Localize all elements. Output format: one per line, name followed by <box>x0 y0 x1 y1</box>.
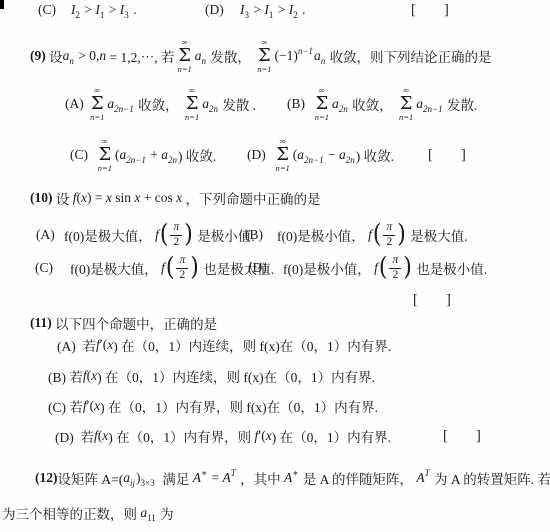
text-run: (C) <box>38 2 56 18</box>
text-run: ) 在（0，1）内有界，则 f(x)在（0，1）内有界. <box>100 396 378 416</box>
answer-bracket: ] <box>461 147 466 164</box>
question-9-options-ab-chunk: (B) ∞Σn=1a2n 收敛， ∞Σn=1a2n−1 发散. <box>287 87 477 121</box>
math-variable: a <box>161 147 168 163</box>
question-number: (11) <box>30 315 55 331</box>
sigma-sum-symbol: ∞Σn=1 <box>178 38 192 74</box>
sum-lower-limit: n=1 <box>185 113 199 122</box>
question-11-option-b-chunk: (B) 若f(x) 在（0，1）内连续，则 f(x)在（0，1）内有界. <box>48 367 375 385</box>
sigma-icon: Σ <box>400 95 413 112</box>
math-variable: a <box>195 48 202 64</box>
math-variable: n <box>99 48 106 64</box>
fraction: π2 <box>389 255 401 281</box>
left-paren: ( <box>166 255 175 280</box>
prev-question-options-cd: (C)I2 > I1 > I3 .(D)I3 > I1 > I2 .[] <box>0 2 550 18</box>
subscript: 11 <box>147 513 156 523</box>
text-run: f(0)是极大值， <box>64 225 155 245</box>
fraction-numerator: π <box>176 255 188 268</box>
text-run: = <box>208 470 222 486</box>
text-run: ) 在（0，1）内连续，则 f(x)在（0，1）内有界. <box>97 366 375 386</box>
math-variable: A <box>222 470 230 486</box>
left-paren: ( <box>160 222 169 247</box>
question-11-option-d-chunk: [ <box>443 427 448 445</box>
right-paren: ) <box>397 222 406 247</box>
text-run: f(0)是极大值， <box>70 258 161 278</box>
text-run: f(0)是极小值， <box>277 225 368 245</box>
prev-question-options-cd-chunk: I3 > I1 > I2 . <box>240 2 306 18</box>
text-run: (C) <box>35 260 53 276</box>
question-9-options-ab-chunk: (A) ∞Σn=1a2n−1 收敛， ∞Σn=1a2n 发散 . <box>65 87 256 121</box>
text-run: 是极大值. <box>407 225 468 245</box>
sigma-icon: Σ <box>276 146 289 163</box>
text-run: ) 在（0，1）内有界. <box>272 426 391 446</box>
text-run: + cos <box>140 190 176 206</box>
sum-lower-limit: n=1 <box>399 113 413 122</box>
math-variable: a <box>339 147 346 163</box>
math-variable: a <box>416 96 423 112</box>
text-run: (D) <box>248 260 267 276</box>
exam-document-page: (C)I2 > I1 > I3 .(D)I3 > I1 > I2 .[](9) … <box>0 0 550 532</box>
text-run: ′( <box>87 398 94 414</box>
fraction-numerator: π <box>383 222 395 235</box>
question-number: (9) <box>30 48 49 64</box>
text-run: (−1) <box>275 48 298 64</box>
question-11-option-d: (D) 若f(x) 在（0，1）内有界，则 f′(x) 在（0，1）内有界.[] <box>0 427 550 445</box>
math-variable: A <box>284 470 292 486</box>
text-run: (B) 若 <box>48 366 83 386</box>
text-run: + <box>147 147 161 163</box>
question-9-stem-chunk: (9) 设an > 0,n = 1,2,⋯, 若∞Σn=1an 发散， ∞Σn=… <box>30 39 492 73</box>
text-run: (D) 若 <box>55 426 94 446</box>
sigma-icon: Σ <box>258 47 271 64</box>
sigma-sum-symbol: ∞Σn=1 <box>98 137 112 173</box>
answer-bracket: [ <box>428 147 433 164</box>
sigma-icon: Σ <box>178 47 191 64</box>
question-11-option-a: (A) 若f′(x) 在（0，1）内连续，则 f(x)在（0，1）内有界. <box>0 336 550 354</box>
sigma-sum-symbol: ∞Σn=1 <box>185 86 199 122</box>
text-run: ) 在（0，1）内有界，则 <box>108 426 254 446</box>
fraction-denominator: 2 <box>170 235 182 249</box>
text-run: (D) <box>247 147 273 163</box>
prev-question-options-cd-chunk: (C) <box>38 2 56 18</box>
fraction-numerator: π <box>389 255 401 268</box>
text-run: = 1,2,⋯, 若 <box>106 46 174 66</box>
superscript: ∗ <box>201 468 207 479</box>
answer-bracket: [ <box>413 292 418 309</box>
superscript: ∗ <box>292 468 298 479</box>
question-12-stem-line2: 为三个相等的正数，则 a11 为 <box>0 504 550 522</box>
math-variable: a <box>107 96 114 112</box>
sigma-sum-symbol: ∞Σn=1 <box>399 86 413 122</box>
text-run: 设矩阵 A=( <box>58 468 124 488</box>
sigma-icon: Σ <box>316 95 329 112</box>
text-run: 设 <box>49 46 63 66</box>
math-variable: f <box>374 260 378 276</box>
subscript: 2 <box>76 10 81 20</box>
subscript: n <box>69 56 74 66</box>
text-run: 为三个相等的正数，则 <box>2 503 140 523</box>
text-run: 发散， <box>207 46 254 66</box>
sum-lower-limit: n=1 <box>257 65 271 74</box>
subscript: 3 <box>245 10 250 20</box>
question-10-options-ab-chunk: f(0)是极大值， f(π2) 是极小值. <box>64 219 255 251</box>
question-9-options-cd-chunk: [ <box>428 138 433 172</box>
text-run: f(0)是极小值， <box>283 258 374 278</box>
prev-question-options-cd-chunk: [ <box>411 2 416 18</box>
math-variable: f <box>161 260 165 276</box>
subscript: 2n <box>346 155 355 165</box>
text-run: sin <box>112 190 135 206</box>
text-run: . <box>299 2 306 18</box>
sigma-sum-symbol: ∞Σn=1 <box>315 86 329 122</box>
sigma-icon: Σ <box>186 95 199 112</box>
fraction: π2 <box>176 255 188 281</box>
question-number: (12) <box>35 470 58 486</box>
subscript: 1 <box>269 10 274 20</box>
math-variable: a <box>120 147 127 163</box>
text-run: 是 A 的伴随矩阵， <box>299 468 416 488</box>
text-run: (B) <box>287 96 312 112</box>
question-10-answer-bracket-chunk: ] <box>446 293 451 307</box>
fraction-denominator: 2 <box>176 268 188 282</box>
question-11-stem-chunk: (11) 以下四个命题中，正确的是 <box>30 314 217 332</box>
superscript: n−1 <box>298 46 313 56</box>
text-run: 收敛，则下列结论正确的是 <box>326 46 491 66</box>
text-run: 以下四个命题中，正确的是 <box>55 313 217 333</box>
right-paren: ) <box>184 222 193 247</box>
question-9-stem: (9) 设an > 0,n = 1,2,⋯, 若∞Σn=1an 发散， ∞Σn=… <box>0 39 550 73</box>
text-run: 为 A 的转置矩阵. 若 <box>431 468 550 488</box>
superscript: T <box>231 468 236 478</box>
left-paren: ( <box>379 255 388 280</box>
text-run: ′( <box>258 428 265 444</box>
text-run: ) = <box>87 190 106 206</box>
text-run: 收敛， <box>349 94 396 114</box>
math-variable: A <box>416 470 424 486</box>
answer-bracket: ] <box>444 2 449 19</box>
question-12-stem-line1: (12)设矩阵 A=(aij)3×3 满足 A∗ = AT ，其中 A∗ 是 A… <box>0 467 550 489</box>
question-10-options-ab-chunk: (A) <box>36 219 55 251</box>
question-12-stem-line2-chunk: 为三个相等的正数，则 a11 为 <box>2 504 174 522</box>
question-11-stem: (11) 以下四个命题中，正确的是 <box>0 314 550 332</box>
text-run: (C) <box>70 147 95 163</box>
subscript: 2n−1 <box>304 155 324 165</box>
subscript: 2n <box>339 104 348 114</box>
right-paren: ) <box>190 255 199 280</box>
answer-bracket: [ <box>443 428 448 445</box>
question-10-answer-bracket-chunk: [ <box>413 293 418 307</box>
math-variable: a <box>332 96 339 112</box>
text-run: . <box>130 2 137 18</box>
text-run: > <box>274 2 288 18</box>
text-run: 也是极小值. <box>413 258 487 278</box>
question-9-options-cd: (C) ∞Σn=1(a2n−1 + a2n) 收敛.(D) ∞Σn=1(a2n−… <box>0 138 550 172</box>
text-run: ，下列命题中正确的是 <box>182 188 320 208</box>
text-run: > <box>105 2 119 18</box>
text-run: (A) 若 <box>57 335 96 355</box>
sigma-icon: Σ <box>99 146 112 163</box>
question-11-option-c: (C) 若f′(x) 在（0，1）内有界，则 f(x)在（0，1）内有界. <box>0 397 550 415</box>
question-10-options-cd-chunk: f(0)是极大值， f(π2) 也是极大值. <box>70 252 274 284</box>
subscript: 2n−1 <box>114 104 134 114</box>
prev-question-options-cd-chunk: (D) <box>205 2 224 18</box>
text-run: 收敛， <box>135 94 182 114</box>
left-paren: ( <box>373 222 382 247</box>
subscript: 2n <box>209 104 218 114</box>
sigma-sum-symbol: ∞Σn=1 <box>276 137 290 173</box>
question-11-option-b: (B) 若f(x) 在（0，1）内连续，则 f(x)在（0，1）内有界. <box>0 367 550 385</box>
math-variable: A <box>193 470 201 486</box>
question-10-options-cd-chunk: f(0)是极小值， f(π2) 也是极小值. <box>283 252 487 284</box>
right-paren: ) <box>403 255 412 280</box>
question-10-options-cd-chunk: (C) <box>35 252 53 284</box>
question-10-stem: (10) 设 f(x) = x sin x + cos x ，下列命题中正确的是 <box>0 189 550 207</box>
math-variable: f <box>368 227 372 243</box>
sigma-sum-symbol: ∞Σn=1 <box>257 38 271 74</box>
math-variable: a <box>140 505 147 521</box>
text-run: (A) <box>65 96 87 112</box>
text-run: (A) <box>36 227 55 243</box>
sum-lower-limit: n=1 <box>98 164 112 173</box>
answer-bracket: [ <box>411 2 416 19</box>
question-10-answer-bracket: [] <box>0 293 550 307</box>
subscript: n <box>321 56 326 66</box>
question-10-options-ab-chunk: f(0)是极小值， f(π2) 是极大值. <box>277 219 468 251</box>
question-11-option-a-chunk: (A) 若f′(x) 在（0，1）内连续，则 f(x)在（0，1）内有界. <box>57 336 391 354</box>
subscript: 3×3 <box>141 478 155 488</box>
question-11-option-d-chunk: ] <box>476 427 481 445</box>
text-run: (D) <box>205 2 224 18</box>
text-run: ) 收敛. <box>178 145 216 165</box>
math-variable: a <box>297 147 304 163</box>
question-11-option-d-chunk: (D) 若f(x) 在（0，1）内有界，则 f′(x) 在（0，1）内有界. <box>55 427 391 445</box>
question-9-options-cd-chunk: (D) ∞Σn=1(a2n−1 − a2n) 收敛. <box>247 138 394 172</box>
fraction-denominator: 2 <box>389 268 401 282</box>
sum-lower-limit: n=1 <box>315 113 329 122</box>
math-variable: a <box>63 48 70 64</box>
question-10-options-ab-chunk: (B) <box>245 219 263 251</box>
math-variable: f <box>155 227 159 243</box>
superscript: T <box>425 468 430 478</box>
text-run: − <box>325 147 339 163</box>
question-9-options-cd-chunk: (C) ∞Σn=1(a2n−1 + a2n) 收敛. <box>70 138 216 172</box>
question-number: (10) <box>30 190 56 206</box>
question-10-options-ab: (A)f(0)是极大值， f(π2) 是极小值.(B)f(0)是极小值， f(π… <box>0 219 550 251</box>
question-10-options-cd: (C)f(0)是极大值， f(π2) 也是极大值.(D)f(0)是极小值， f(… <box>0 252 550 284</box>
sum-lower-limit: n=1 <box>178 65 192 74</box>
text-run: (C) 若 <box>48 396 83 416</box>
subscript: 2 <box>293 10 298 20</box>
sigma-sum-symbol: ∞Σn=1 <box>90 86 104 122</box>
subscript: 2n <box>168 155 177 165</box>
math-variable: a <box>202 96 209 112</box>
text-run: ，其中 <box>237 468 284 488</box>
question-9-options-ab: (A) ∞Σn=1a2n−1 收敛， ∞Σn=1a2n 发散 .(B) ∞Σn=… <box>0 87 550 121</box>
question-12-stem-line1-chunk: (12)设矩阵 A=(aij)3×3 满足 A∗ = AT ，其中 A∗ 是 A… <box>35 467 550 489</box>
text-run: > <box>81 2 95 18</box>
subscript: 2n−1 <box>423 104 443 114</box>
subscript: 2n−1 <box>126 155 146 165</box>
sum-lower-limit: n=1 <box>276 164 290 173</box>
text-run: 为 <box>157 503 174 523</box>
math-variable: a <box>123 470 130 486</box>
question-11-option-c-chunk: (C) 若f′(x) 在（0，1）内有界，则 f(x)在（0，1）内有界. <box>48 397 378 415</box>
fraction: π2 <box>383 222 395 248</box>
prev-question-options-cd-chunk: ] <box>444 2 449 18</box>
text-run: 发散. <box>444 94 478 114</box>
fraction: π2 <box>170 222 182 248</box>
sum-lower-limit: n=1 <box>90 113 104 122</box>
text-run: ) 在（0，1）内连续，则 f(x)在（0，1）内有界. <box>113 335 391 355</box>
text-run: ) 收敛. <box>356 145 394 165</box>
question-9-options-cd-chunk: ] <box>461 138 466 172</box>
text-run: > 0, <box>75 48 100 64</box>
question-10-options-cd-chunk: (D) <box>248 252 267 284</box>
text-run: > <box>250 2 264 18</box>
text-run: 设 <box>56 188 73 208</box>
fraction-numerator: π <box>170 222 182 235</box>
answer-bracket: ] <box>446 292 451 309</box>
subscript: 3 <box>124 10 129 20</box>
text-run: 发散 . <box>219 94 256 114</box>
text-run: (B) <box>245 227 263 243</box>
sigma-icon: Σ <box>91 95 104 112</box>
text-run: 满足 <box>156 468 193 488</box>
question-10-stem-chunk: (10) 设 f(x) = x sin x + cos x ，下列命题中正确的是 <box>30 189 321 207</box>
subscript: ij <box>130 478 135 488</box>
subscript: 1 <box>100 10 105 20</box>
answer-bracket: ] <box>476 428 481 445</box>
subscript: n <box>202 56 207 66</box>
prev-question-options-cd-chunk: I2 > I1 > I3 . <box>71 2 137 18</box>
fraction-denominator: 2 <box>383 235 395 249</box>
math-variable: a <box>314 48 321 64</box>
